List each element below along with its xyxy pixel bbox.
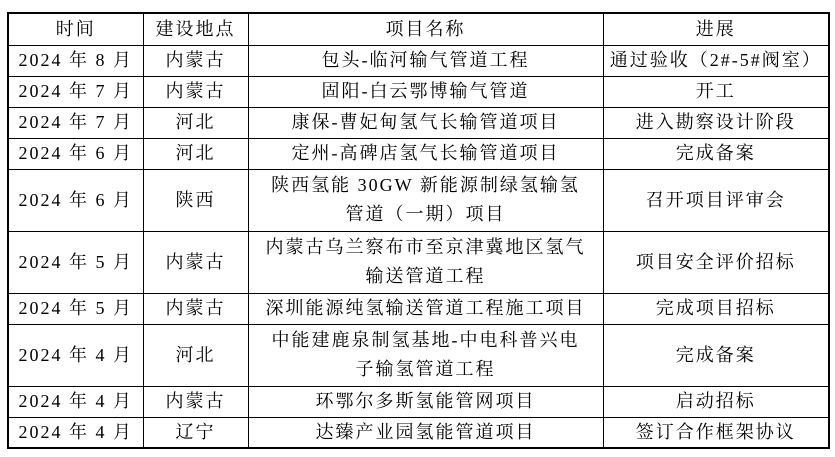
- cell-project: 内蒙古乌兰察布市至京津冀地区氢气输送管道工程: [248, 231, 603, 293]
- cell-project: 中能建鹿泉制氢基地-中电科普兴电子输氢管道工程: [248, 324, 603, 386]
- cell-progress: 完成备案: [603, 138, 829, 169]
- header-location: 建设地点: [143, 13, 248, 45]
- cell-progress: 完成备案: [603, 324, 829, 386]
- cell-location: 内蒙古: [143, 76, 248, 107]
- header-progress: 进展: [603, 13, 829, 45]
- table-row: 2024 年 6 月 河北 定州-高碑店氢气长输管道项目 完成备案: [8, 138, 829, 169]
- table-row: 2024 年 4 月 辽宁 达臻产业园氢能管道项目 签订合作框架协议: [8, 417, 829, 448]
- cell-time: 2024 年 6 月: [8, 138, 143, 169]
- table-header-row: 时间 建设地点 项目名称 进展: [8, 13, 829, 45]
- cell-progress: 开工: [603, 76, 829, 107]
- cell-location: 内蒙古: [143, 231, 248, 293]
- cell-time: 2024 年 8 月: [8, 45, 143, 76]
- cell-location: 陕西: [143, 169, 248, 231]
- cell-project: 固阳-白云鄂博输气管道: [248, 76, 603, 107]
- cell-progress: 完成项目招标: [603, 293, 829, 324]
- cell-project: 深圳能源纯氢输送管道工程施工项目: [248, 293, 603, 324]
- table-row: 2024 年 4 月 河北 中能建鹿泉制氢基地-中电科普兴电子输氢管道工程 完成…: [8, 324, 829, 386]
- cell-progress: 启动招标: [603, 386, 829, 417]
- cell-time: 2024 年 4 月: [8, 417, 143, 448]
- cell-time: 2024 年 4 月: [8, 324, 143, 386]
- cell-project: 陕西氢能 30GW 新能源制绿氢输氢管道（一期）项目: [248, 169, 603, 231]
- cell-location: 河北: [143, 107, 248, 138]
- cell-time: 2024 年 5 月: [8, 231, 143, 293]
- table-row: 2024 年 5 月 内蒙古 内蒙古乌兰察布市至京津冀地区氢气输送管道工程 项目…: [8, 231, 829, 293]
- cell-location: 河北: [143, 324, 248, 386]
- cell-time: 2024 年 7 月: [8, 107, 143, 138]
- header-time: 时间: [8, 13, 143, 45]
- header-project: 项目名称: [248, 13, 603, 45]
- cell-location: 内蒙古: [143, 293, 248, 324]
- table-row: 2024 年 6 月 陕西 陕西氢能 30GW 新能源制绿氢输氢管道（一期）项目…: [8, 169, 829, 231]
- page: 时间 建设地点 项目名称 进展 2024 年 8 月 内蒙古 包头-临河输气管道…: [0, 0, 835, 457]
- cell-project: 环鄂尔多斯氢能管网项目: [248, 386, 603, 417]
- cell-location: 河北: [143, 138, 248, 169]
- hydrogen-pipeline-projects-table: 时间 建设地点 项目名称 进展 2024 年 8 月 内蒙古 包头-临河输气管道…: [7, 12, 830, 449]
- cell-location: 内蒙古: [143, 386, 248, 417]
- cell-time: 2024 年 7 月: [8, 76, 143, 107]
- cell-time: 2024 年 6 月: [8, 169, 143, 231]
- table-row: 2024 年 7 月 河北 康保-曹妃甸氢气长输管道项目 进入勘察设计阶段: [8, 107, 829, 138]
- cell-progress: 通过验收（2#-5#阀室）: [603, 45, 829, 76]
- cell-location: 内蒙古: [143, 45, 248, 76]
- cell-project: 定州-高碑店氢气长输管道项目: [248, 138, 603, 169]
- cell-project: 达臻产业园氢能管道项目: [248, 417, 603, 448]
- cell-progress: 进入勘察设计阶段: [603, 107, 829, 138]
- cell-time: 2024 年 4 月: [8, 386, 143, 417]
- table-row: 2024 年 7 月 内蒙古 固阳-白云鄂博输气管道 开工: [8, 76, 829, 107]
- cell-project: 康保-曹妃甸氢气长输管道项目: [248, 107, 603, 138]
- cell-project: 包头-临河输气管道工程: [248, 45, 603, 76]
- table-row: 2024 年 8 月 内蒙古 包头-临河输气管道工程 通过验收（2#-5#阀室）: [8, 45, 829, 76]
- cell-time: 2024 年 5 月: [8, 293, 143, 324]
- cell-progress: 项目安全评价招标: [603, 231, 829, 293]
- cell-location: 辽宁: [143, 417, 248, 448]
- cell-progress: 召开项目评审会: [603, 169, 829, 231]
- table-row: 2024 年 4 月 内蒙古 环鄂尔多斯氢能管网项目 启动招标: [8, 386, 829, 417]
- cell-progress: 签订合作框架协议: [603, 417, 829, 448]
- table-row: 2024 年 5 月 内蒙古 深圳能源纯氢输送管道工程施工项目 完成项目招标: [8, 293, 829, 324]
